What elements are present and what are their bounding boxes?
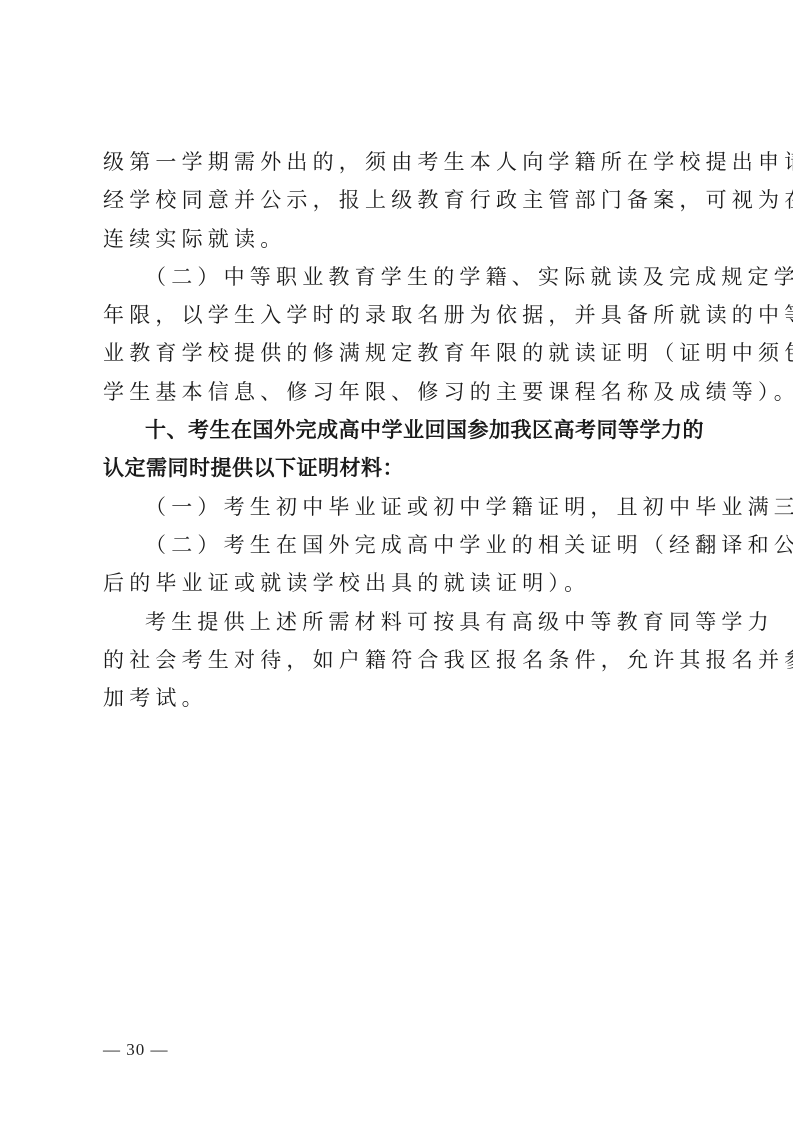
- text-line: （二）考生在国外完成高中学业的相关证明（经翻译和公证: [103, 526, 695, 564]
- text-line: 考生提供上述所需材料可按具有高级中等教育同等学力: [103, 603, 695, 641]
- paragraph-closing: 考生提供上述所需材料可按具有高级中等教育同等学力 的社会考生对待，如户籍符合我区…: [103, 603, 695, 718]
- text-line: 经学校同意并公示，报上级教育行政主管部门备案，可视为在校: [103, 181, 695, 219]
- text-line: 级第一学期需外出的，须由考生本人向学籍所在学校提出申请，: [103, 143, 695, 181]
- text-line: 业教育学校提供的修满规定教育年限的就读证明（证明中须包括: [103, 334, 695, 372]
- section-heading-10: 十、考生在国外完成高中学业回国参加我区高考同等学力的 认定需同时提供以下证明材料…: [103, 411, 695, 488]
- heading-line: 十、考生在国外完成高中学业回国参加我区高考同等学力的: [103, 411, 695, 449]
- text-line: 后的毕业证或就读学校出具的就读证明）。: [103, 564, 695, 602]
- text-line: 的社会考生对待，如户籍符合我区报名条件，允许其报名并参: [103, 641, 695, 679]
- paragraph-continuation: 级第一学期需外出的，须由考生本人向学籍所在学校提出申请， 经学校同意并公示，报上…: [103, 143, 695, 258]
- paragraph-item-2-vocational: （二）中等职业教育学生的学籍、实际就读及完成规定学制 年限，以学生入学时的录取名…: [103, 258, 695, 411]
- text-line: 加考试。: [103, 679, 695, 717]
- text-line: （二）中等职业教育学生的学籍、实际就读及完成规定学制: [103, 258, 695, 296]
- text-line: 学生基本信息、修习年限、修习的主要课程名称及成绩等）。: [103, 373, 695, 411]
- text-line: 年限，以学生入学时的录取名册为依据，并具备所就读的中等职: [103, 296, 695, 334]
- text-line: 连续实际就读。: [103, 220, 695, 258]
- page-number: — 30 —: [103, 1040, 169, 1060]
- document-page: 级第一学期需外出的，须由考生本人向学籍所在学校提出申请， 经学校同意并公示，报上…: [103, 143, 695, 717]
- paragraph-item-2-abroad: （二）考生在国外完成高中学业的相关证明（经翻译和公证 后的毕业证或就读学校出具的…: [103, 526, 695, 603]
- heading-line: 认定需同时提供以下证明材料：: [103, 449, 695, 487]
- text-line: （一）考生初中毕业证或初中学籍证明，且初中毕业满三年；: [103, 488, 695, 526]
- paragraph-item-1-junior: （一）考生初中毕业证或初中学籍证明，且初中毕业满三年；: [103, 488, 695, 526]
